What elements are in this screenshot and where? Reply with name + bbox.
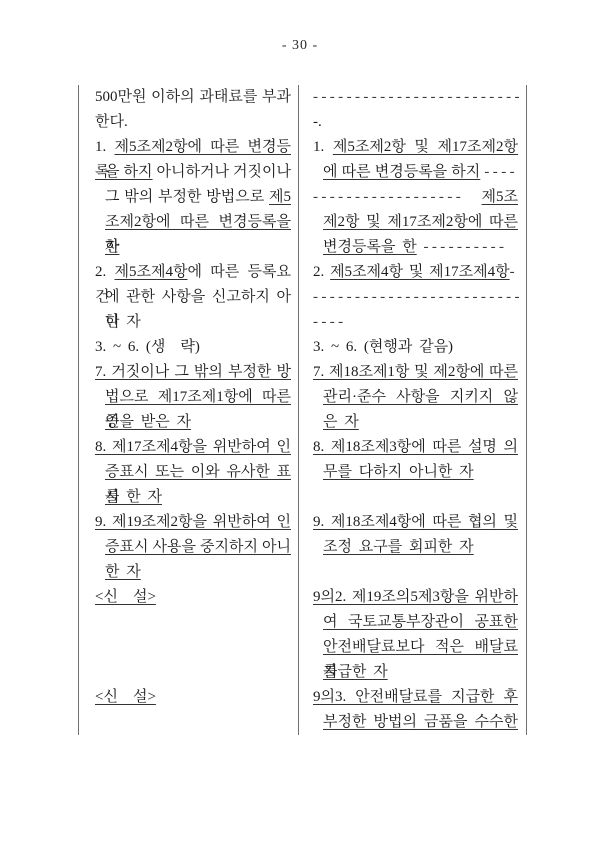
underlined-text: 제5조제2항 및 제17조제2항 [333, 139, 518, 155]
text-run: 2. [313, 264, 330, 280]
text-line: 한다. [95, 110, 291, 135]
page-number: - 30 - [0, 38, 600, 54]
text-line: 그 밖의 부정한 방법으로 제5 [95, 185, 291, 210]
underlined-text: 변경등록을 한 [323, 239, 417, 255]
text-line: 7. 제18조제1항 및 제2항에 따른 [313, 360, 518, 385]
text-line: 500만원 이하의 과태료를 부과 [95, 85, 291, 110]
text-line: ------------------------- [313, 285, 518, 310]
text-line: ------------------------- [313, 85, 518, 110]
text-run: 한다. [95, 114, 128, 130]
amendment-column: --------------------------.1. 제5조제2항 및 제… [299, 85, 526, 735]
text-line: 한 자 [95, 560, 291, 585]
underlined-text: 여 국토교통부장관이 공표한 [323, 614, 518, 630]
text-run: 아니하거나 거짓이나 [153, 164, 291, 180]
blank-line [95, 660, 291, 685]
text-run: -. [313, 114, 322, 130]
text-line: 에 관한 사항을 신고하지 아니 [95, 285, 291, 310]
text-line: 한 자 [95, 310, 291, 335]
text-line: 조제2항에 따른 변경등록을 한 [95, 210, 291, 235]
text-run: 1. [313, 139, 333, 155]
text-line: 9의2. 제19조의5제3항을 위반하 [313, 585, 518, 610]
underlined-text: 증표시 사용을 중지하지 아니 [105, 539, 291, 555]
text-run: 자 [105, 239, 120, 255]
text-line: 지급한 자 [313, 660, 518, 685]
text-line: 9의3. 안전배달료를 지급한 후 [313, 685, 518, 710]
underlined-text: 제5조 [482, 189, 518, 205]
text-line: 여 국토교통부장관이 공표한 [313, 610, 518, 635]
document-page: - 30 - 500만원 이하의 과태료를 부과한다.1. 제5조제2항에 따른… [0, 0, 600, 849]
blank-line [95, 610, 291, 635]
underlined-text: 제5조제4항 [115, 264, 188, 280]
text-line: 에 따른 변경등록을 하지 ---- [313, 160, 518, 185]
underlined-text: 제5조제4항 및 제17조제4항 [330, 264, 510, 280]
text-line: 9. 제19조제2항을 위반하여 인 [95, 510, 291, 535]
underlined-text: <신 설> [95, 589, 156, 605]
underlined-text: 에 따른 변경등록을 하지 [323, 164, 480, 180]
text-line: 를 한 자 [95, 485, 291, 510]
text-line: 9. 제18조제4항에 따른 협의 및 [313, 510, 518, 535]
text-line: <신 설> [95, 585, 291, 610]
text-line: 은 자 [313, 410, 518, 435]
text-run: 500만원 이하의 과태료를 부과 [95, 89, 291, 105]
underlined-text: 7. 거짓이나 그 밖의 부정한 방 [95, 364, 291, 380]
dash-run: ---- [313, 314, 347, 330]
dash-run: ------------------------- [313, 89, 523, 105]
underlined-text: 지급한 자 [323, 664, 388, 680]
underlined-text: 은 자 [323, 414, 359, 430]
text-line: ---- [313, 310, 518, 335]
text-line: 8. 제17조제4항을 위반하여 인 [95, 435, 291, 460]
text-line: 2. 제5조제4항 및 제17조제4항- [313, 260, 518, 285]
text-line: <신 설> [95, 685, 291, 710]
text-line: 무를 다하지 아니한 자 [313, 460, 518, 485]
dash-run: - [510, 264, 518, 280]
text-line: 증표시 또는 이와 유사한 표시 [95, 460, 291, 485]
text-line: 관리·준수 사항을 지키지 않 [313, 385, 518, 410]
text-line: 법으로 제17조제1항에 따른 인 [95, 385, 291, 410]
dash-run: ---------- [423, 239, 507, 255]
underlined-text: 부정한 방법의 금품을 수수한 [323, 714, 518, 730]
underlined-text: 관리·준수 사항을 지키지 않 [323, 389, 518, 405]
dash-run: ---- [484, 164, 518, 180]
text-line: 증표시 사용을 중지하지 아니 [95, 535, 291, 560]
text-line: 조정 요구를 회피한 자 [313, 535, 518, 560]
underlined-text: 증을 받은 자 [105, 414, 191, 430]
text-run: 그 밖의 부정한 방법으로 [105, 189, 269, 205]
underlined-text: 제5 [269, 189, 291, 205]
text-line: 1. 제5조제2항 및 제17조제2항 [313, 135, 518, 160]
text-line: 8. 제18조제3항에 따른 설명 의 [313, 435, 518, 460]
text-run: 1. [95, 139, 115, 155]
underlined-text: 9의3. 안전배달료를 지급한 후 [313, 689, 518, 705]
text-line: 1. 제5조제2항에 따른 변경등록 [95, 135, 291, 160]
text-line: 을 하지 아니하거나 거짓이나 [95, 160, 291, 185]
dash-run: ------------------ [313, 189, 464, 205]
blank-line [95, 710, 291, 735]
underlined-text: 를 한 자 [105, 489, 162, 505]
underlined-text: 제2항 및 제17조제2항에 따른 [323, 214, 518, 230]
text-line: 증을 받은 자 [95, 410, 291, 435]
text-run: 한 자 [105, 314, 141, 330]
blank-line [313, 560, 518, 585]
text-line: 제2항 및 제17조제2항에 따른 [313, 210, 518, 235]
underlined-text: 조정 요구를 회피한 자 [323, 539, 474, 555]
text-line: 7. 거짓이나 그 밖의 부정한 방 [95, 360, 291, 385]
text-line: 3. ~ 6. (생 략) [95, 335, 291, 360]
underlined-text: 7. 제18조제1항 및 제2항에 따른 [313, 364, 518, 380]
text-run: 3. ~ 6. (현행과 같음) [313, 339, 453, 355]
underlined-text: <신 설> [95, 689, 156, 705]
current-law-column: 500만원 이하의 과태료를 부과한다.1. 제5조제2항에 따른 변경등록을 … [79, 85, 299, 735]
blank-line [95, 635, 291, 660]
underlined-text: 8. 제17조제4항을 위반하여 인 [95, 439, 291, 455]
underlined-text: 무를 다하지 아니한 자 [323, 464, 474, 480]
underlined-text: 한 자 [105, 564, 141, 580]
underlined-text: 9. 제18조제4항에 따른 협의 및 [313, 514, 518, 530]
text-run: 2. [95, 264, 115, 280]
text-run [464, 189, 481, 205]
underlined-text: 9. 제19조제2항을 위반하여 인 [95, 514, 291, 530]
text-line: 2. 제5조제4항에 따른 등록요건 [95, 260, 291, 285]
text-line: 3. ~ 6. (현행과 같음) [313, 335, 518, 360]
text-line: 안전배달료보다 적은 배달료를 [313, 635, 518, 660]
text-line: 부정한 방법의 금품을 수수한 [313, 710, 518, 735]
text-line: ------------------ 제5조 [313, 185, 518, 210]
comparison-table: 500만원 이하의 과태료를 부과한다.1. 제5조제2항에 따른 변경등록을 … [78, 85, 527, 735]
underlined-text: 9의2. 제19조의5제3항을 위반하 [313, 589, 518, 605]
underlined-text: 8. 제18조제3항에 따른 설명 의 [313, 439, 518, 455]
underlined-text: 을 하지 [105, 164, 153, 180]
dash-run: ------------------------- [313, 289, 523, 305]
text-line: 변경등록을 한 ---------- [313, 235, 518, 260]
text-line: -. [313, 110, 518, 135]
blank-line [313, 485, 518, 510]
text-line: 자 [95, 235, 291, 260]
text-run: 3. ~ 6. (생 략) [95, 339, 200, 355]
